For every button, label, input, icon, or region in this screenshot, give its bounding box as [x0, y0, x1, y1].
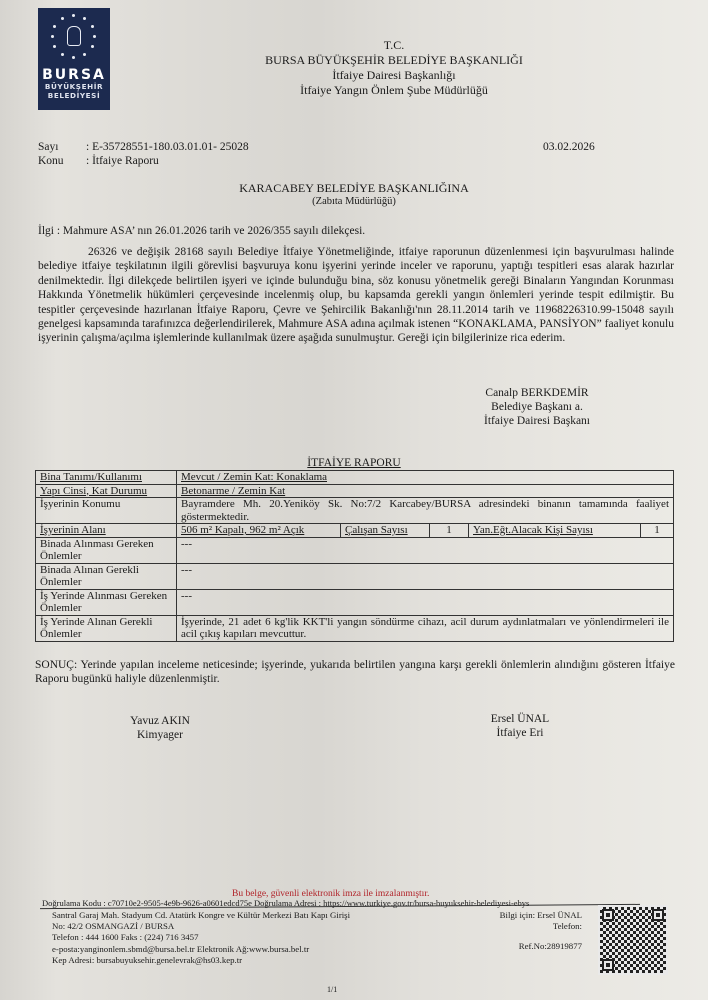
row-label: Yapı Cinsi, Kat Durumu: [36, 484, 177, 498]
kep-line: Kep Adresi: bursabuyuksehir.genelevrak@h…: [52, 955, 350, 966]
trainees-label: Yan.Eğt.Alacak Kişi Sayısı: [469, 524, 641, 538]
recipient-unit: (Zabıta Müdürlüğü): [0, 195, 708, 209]
row-value: İşyerinde, 21 adet 6 kg'lik KKT'li yangı…: [177, 615, 674, 641]
table-row: İş Yerinde Alınması Gereken Önlemler ---: [36, 589, 674, 615]
address-line-1: Santral Garaj Mah. Stadyum Cd. Atatürk K…: [52, 910, 350, 921]
signatory-title-1: Belediye Başkanı a.: [462, 400, 612, 414]
inspector-title: Kimyager: [100, 728, 220, 742]
inspector-name: Ersel ÜNAL: [460, 712, 580, 726]
row-label: Bina Tanımı/Kullanımı: [36, 471, 177, 485]
employees-value: 1: [430, 524, 469, 538]
table-row: İşyerinin Alanı 506 m² Kapalı, 962 m² Aç…: [36, 524, 674, 538]
report-table: Bina Tanımı/Kullanımı Mevcut / Zemin Kat…: [35, 470, 674, 642]
body-paragraph: 26326 ve değişik 28168 sayılı Belediye İ…: [38, 245, 674, 346]
table-row: Yapı Cinsi, Kat Durumu Betonarme / Zemin…: [36, 484, 674, 498]
letterhead: T.C. BURSA BÜYÜKŞEHİR BELEDİYE BAŞKANLIĞ…: [0, 38, 708, 98]
report-title: İTFAİYE RAPORU: [0, 457, 708, 469]
department-name: İtfaiye Dairesi Başkanlığı: [80, 68, 708, 83]
institution-name: BURSA BÜYÜKŞEHİR BELEDİYE BAŞKANLIĞI: [80, 53, 708, 68]
inspector-name: Yavuz AKIN: [100, 714, 220, 728]
row-value: Betonarme / Zemin Kat: [177, 484, 674, 498]
conclusion: SONUÇ: Yerinde yapılan inceleme neticesi…: [35, 658, 675, 687]
page-number: 1/1: [327, 985, 337, 994]
row-label: İşyerinin Konumu: [36, 498, 177, 524]
row-label: İş Yerinde Alınması Gereken Önlemler: [36, 589, 177, 615]
reference-number: Ref.No:28919877: [470, 941, 582, 952]
table-row: İşyerinin Konumu Bayramdere Mh. 20.Yenik…: [36, 498, 674, 524]
konu-value: : İtfaiye Raporu: [86, 155, 159, 167]
phone-line: Telefon : 444 1600 Faks : (224) 716 3457: [52, 932, 350, 943]
table-row: Binada Alınan Gerekli Önlemler ---: [36, 563, 674, 589]
sayi-value: : E-35728551-180.03.01.01- 25028: [86, 141, 249, 153]
contact-info: Bilgi için: Ersel ÜNAL Telefon: Ref.No:2…: [470, 910, 582, 953]
footer-contact: Santral Garaj Mah. Stadyum Cd. Atatürk K…: [52, 910, 350, 966]
row-value: Mevcut / Zemin Kat: Konaklama: [177, 471, 674, 485]
trainees-value: 1: [641, 524, 674, 538]
recipient: KARACABEY BELEDİYE BAŞKANLIĞINA (Zabıta …: [0, 181, 708, 209]
ilgi-line: İlgi : Mahmure ASA’ nın 26.01.2026 tarih…: [38, 224, 365, 238]
inspector-title: İtfaiye Eri: [460, 726, 580, 740]
konu-label: Konu: [38, 154, 86, 168]
table-row: İş Yerinde Alınan Gerekli Önlemler İşyer…: [36, 615, 674, 641]
signatory: Canalp BERKDEMİR Belediye Başkanı a. İtf…: [462, 386, 612, 428]
phone-label: Telefon:: [470, 921, 582, 932]
signatory-name: Canalp BERKDEMİR: [462, 386, 612, 400]
employees-label: Çalışan Sayısı: [341, 524, 430, 538]
inspector-2: Ersel ÜNAL İtfaiye Eri: [460, 712, 580, 740]
document-date: 03.02.2026: [543, 140, 595, 154]
info-line: Bilgi için: Ersel ÜNAL: [470, 910, 582, 921]
table-row: Binada Alınması Gereken Önlemler ---: [36, 537, 674, 563]
table-row: Bina Tanımı/Kullanımı Mevcut / Zemin Kat…: [36, 471, 674, 485]
row-label: Binada Alınan Gerekli Önlemler: [36, 563, 177, 589]
sayi-label: Sayı: [38, 140, 86, 154]
row-value: ---: [177, 563, 674, 589]
row-value: Bayramdere Mh. 20.Yeniköy Sk. No:7/2 Kar…: [177, 498, 674, 524]
document-meta: Sayı: E-35728551-180.03.01.01- 25028 Kon…: [38, 140, 249, 168]
inspector-1: Yavuz AKIN Kimyager: [100, 714, 220, 742]
branch-name: İtfaiye Yangın Önlem Şube Müdürlüğü: [80, 83, 708, 98]
row-value: ---: [177, 537, 674, 563]
address-line-2: No: 42/2 OSMANGAZİ / BURSA: [52, 921, 350, 932]
row-label: İşyerinin Alanı: [36, 524, 177, 538]
row-label: Binada Alınması Gereken Önlemler: [36, 537, 177, 563]
tc-label: T.C.: [80, 38, 708, 53]
email-line: e-posta:yanginonlem.sbmd@bursa.bel.tr El…: [52, 944, 350, 955]
recipient-name: KARACABEY BELEDİYE BAŞKANLIĞINA: [0, 181, 708, 195]
row-value: ---: [177, 589, 674, 615]
signatory-title-2: İtfaiye Dairesi Başkanı: [462, 414, 612, 428]
row-label: İş Yerinde Alınan Gerekli Önlemler: [36, 615, 177, 641]
qr-code-icon: [598, 905, 668, 975]
area-value: 506 m² Kapalı, 962 m² Açık: [177, 524, 341, 538]
